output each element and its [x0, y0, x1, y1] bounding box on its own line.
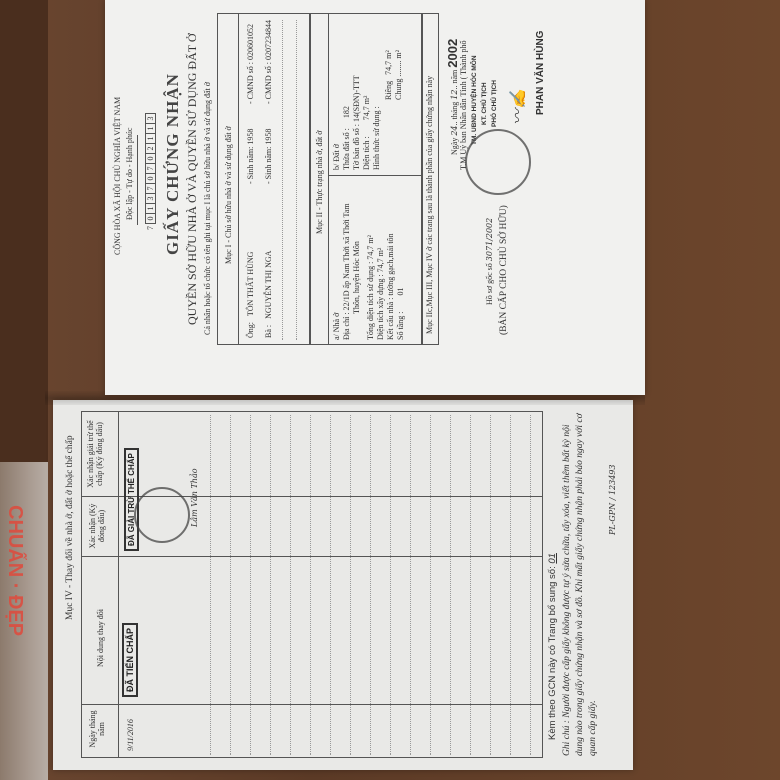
floors-value: 01	[396, 288, 405, 296]
table-surface	[0, 0, 48, 462]
number-digit: 0	[146, 213, 155, 223]
record-number: Hồ sơ gốc số 3071/2002	[485, 218, 494, 305]
country-name: CỘNG HÒA XÃ HỘI CHỦ NGHĨA VIỆT NAM	[113, 97, 122, 255]
plot-value: 182	[342, 106, 351, 118]
house-built-area: Diện tích xây dựng : 74,7 m²	[376, 248, 385, 340]
unit: m²	[384, 50, 393, 59]
number-digit: 3	[146, 114, 155, 123]
owner-1: Ông: TÔN THẤT HÙNG	[246, 252, 255, 338]
col-confirm: Xác nhận (Ký đóng dấu)	[88, 499, 106, 553]
map-value: 14(SĐN)-TTT	[352, 75, 361, 122]
land-map: Tờ bản đồ số : 14(SĐN)-TTT	[352, 75, 361, 170]
owner-2-prefix: Bà :	[264, 325, 273, 338]
address-label: Địa chỉ :	[342, 312, 351, 340]
number-digit: 1	[146, 133, 155, 143]
month-label: tháng	[450, 102, 459, 120]
month-value: 12	[450, 90, 459, 100]
house-heading: a/ Nhà ở	[332, 313, 341, 340]
release-stamp: ĐÃ GIẢI TRỪ THẾ CHẤP	[124, 448, 139, 551]
built-area-value: 74,7	[376, 258, 385, 272]
address-line1: 22/1D ấp Nam Thới xã Thới Tam	[342, 203, 351, 310]
section4-title: Mục IV - Thay đổi về nhà ở, đất ở hoặc t…	[65, 435, 75, 620]
unit: m²	[394, 50, 403, 59]
col-release: Xác nhận giải trừ thế chấp (Ký đóng dấu)	[86, 415, 104, 493]
section2-box: Mục II - Thực trạng nhà ở, đất ở a/ Nhà …	[309, 13, 423, 345]
owner-2-birth: - Sinh năm: 1958	[264, 129, 273, 184]
unit: m²	[376, 248, 385, 257]
certificate-subtitle: QUYỀN SỞ HỮU NHÀ Ở VÀ QUYỀN SỬ DỤNG ĐẤT …	[185, 33, 200, 325]
unit: m²	[366, 235, 375, 244]
section2-title: Mục II - Thực trạng nhà ở, đất ở	[315, 130, 324, 234]
structure-value: tường gạch,mái tôn	[386, 233, 395, 295]
certificate-intro: Cá nhân hoặc tổ chức có tên ghi tại mục …	[203, 82, 212, 335]
official-seal	[465, 129, 531, 195]
motto: Độc lập - Tự do - Hạnh phúc	[125, 128, 134, 220]
page-section-4: Mục IV - Thay đổi về nhà ở, đất ở hoặc t…	[53, 400, 633, 770]
signer-name: PHAN VĂN HÙNG	[535, 31, 546, 115]
land-heading: b/ Đất ở	[332, 144, 341, 170]
land-area: Diện tích : 74,7 m²	[362, 96, 371, 170]
owner-1-id: - CMND số : 020601052	[246, 24, 255, 104]
structure-label: Kết cấu nhà :	[386, 298, 395, 340]
house-floors: Số tầng : 01	[396, 288, 405, 340]
usage-private: Riêng 74,7 m²	[384, 50, 393, 100]
col-date: Ngày tháng năm	[88, 707, 106, 751]
land-plot: Thửa đất số : 182	[342, 106, 351, 170]
day-value: 24	[450, 125, 459, 135]
col-content: Nội dung thay đổi	[96, 609, 105, 667]
total-area-value: 74,7	[366, 246, 375, 260]
section1-box: Mục I - Chủ sở hữu nhà ở và sử dụng đất …	[217, 13, 311, 345]
house-total-area: Tổng diện tích sử dụng : 74,7 m²	[366, 235, 375, 340]
number-digit: 0	[146, 153, 155, 163]
number-digit: 1	[146, 203, 155, 213]
page-certificate: CỘNG HÒA XÃ HỘI CHỦ NGHĨA VIỆT NAM Độc l…	[105, 0, 645, 395]
owner-1-birth: - Sinh năm: 1958	[246, 129, 255, 184]
land-area-value: 74,7	[362, 106, 371, 120]
year-value: 2002	[445, 39, 460, 68]
footer-note: Mục IIc,Mục III, Mục IV ở các trang sau …	[425, 76, 434, 334]
record-label: Hồ sơ gốc số	[485, 263, 494, 305]
year-label: năm	[450, 70, 459, 84]
supplement-value: 01	[547, 553, 558, 564]
number-digit: 1	[146, 123, 155, 133]
number-digit: 7	[146, 163, 155, 173]
row-date: 9/11/2016	[126, 719, 135, 751]
certificate-title: GIẤY CHỨNG NHẬN	[163, 73, 183, 255]
owner-1-name: TÔN THẤT HÙNG	[246, 252, 255, 317]
number-digit: 3	[146, 193, 155, 203]
built-area-label: Diện tích xây dựng :	[376, 274, 385, 340]
shared-label: Chung	[394, 79, 403, 100]
owner-1-prefix: Ông:	[246, 322, 255, 338]
owner-2: Bà : NGUYỄN THỊ NGA	[264, 251, 273, 338]
map-label: Tờ bản đồ số :	[352, 124, 361, 170]
official-seal	[134, 487, 190, 543]
total-area-label: Tổng diện tích sử dụng :	[366, 262, 375, 340]
unit: m²	[362, 96, 371, 105]
floors-label: Số tầng :	[396, 312, 405, 340]
address-line2: Thôn, huyện Hóc Môn	[352, 241, 361, 314]
number-boxes: 01370702113	[145, 113, 156, 224]
number-digit: 0	[146, 173, 155, 183]
signature: 〰︎✍	[505, 89, 528, 125]
stamp-line1: TM. UBND HUYỆN HÓC MÔN	[471, 55, 478, 145]
owner-2-name: NGUYỄN THỊ NGA	[264, 251, 273, 319]
certificate-number: 7 01370702113	[145, 113, 156, 230]
usage-shared: Chung ........ m²	[394, 50, 403, 100]
footer-note-box: Mục IIc,Mục III, Mục IV ở các trang sau …	[421, 13, 439, 345]
warning-note: Ghi chú : Người được cấp giấy không được…	[561, 406, 600, 756]
record-value: 3071/2002	[485, 218, 494, 261]
plot-label: Thửa đất số :	[342, 128, 351, 170]
owner-2-id: - CMND số : 0207234844	[264, 20, 273, 104]
open-certificate-booklet: Mục IV - Thay đổi về nhà ở, đất ở hoặc t…	[45, 0, 645, 780]
number-digit: 7	[146, 183, 155, 193]
day-label: Ngày	[450, 138, 459, 155]
house-address: Địa chỉ : 22/1D ấp Nam Thới xã Thới Tam	[342, 203, 351, 340]
section4-table: Ngày tháng năm Nội dung thay đổi Xác nhậ…	[81, 411, 543, 758]
copy-note: (BẢN CẤP CHO CHỦ SỞ HỮU)	[499, 205, 509, 335]
private-label: Riêng	[384, 81, 393, 100]
number-prefix: 7	[146, 226, 155, 230]
signing-date: Ngày 24.. tháng 12.. năm 2002	[445, 39, 460, 155]
sleeve-label: CHUẨN · ĐẸP	[3, 505, 26, 636]
mortgage-stamp: ĐÃ TIẾN CHẤP	[122, 623, 138, 697]
supplement-note: Kèm theo GCN này có Trang bổ sung số: 01	[547, 553, 558, 740]
stamp-line2: KT. CHỦ TỊCH	[481, 82, 488, 125]
house-structure: Kết cấu nhà : tường gạch,mái tôn	[386, 233, 395, 340]
supplement-label: Kèm theo GCN này có Trang bổ sung số:	[547, 566, 558, 740]
section1-title: Mục I - Chủ sở hữu nhà ở và sử dụng đất …	[224, 126, 233, 264]
usage-label: Hình thức sử dụng :	[372, 106, 381, 170]
private-value: 74,7	[384, 61, 393, 75]
number-digit: 2	[146, 143, 155, 153]
stamp-line3: PHÓ CHỦ TỊCH	[491, 80, 498, 127]
confirm-signer: Lâm Văn Thảo	[190, 468, 199, 527]
land-area-label: Diện tích :	[362, 136, 371, 170]
handwritten-serial: PL-GPN / 123493	[608, 465, 617, 536]
